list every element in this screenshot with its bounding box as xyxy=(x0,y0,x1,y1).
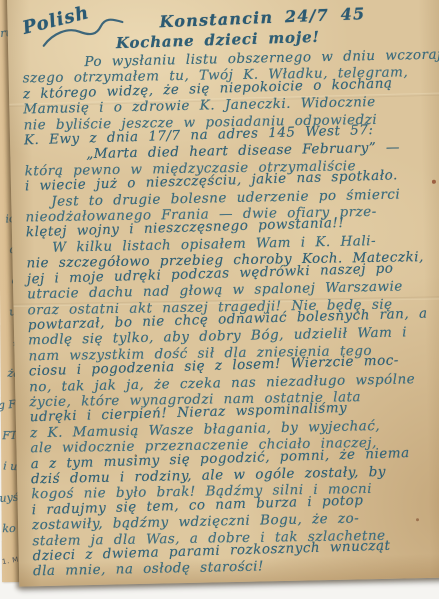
letter-scan: rus,é–iéesuichchd.uełoże,g Fy.FTki uuuyś… xyxy=(0,0,439,599)
letter-content: Konstancin 24/7 45 Kochane dzieci moje! … xyxy=(21,1,439,580)
letter-body: Po wysłaniu listu obszernego w dniu wczo… xyxy=(22,47,439,580)
letter-page: Konstancin 24/7 45 Kochane dzieci moje! … xyxy=(7,0,439,587)
